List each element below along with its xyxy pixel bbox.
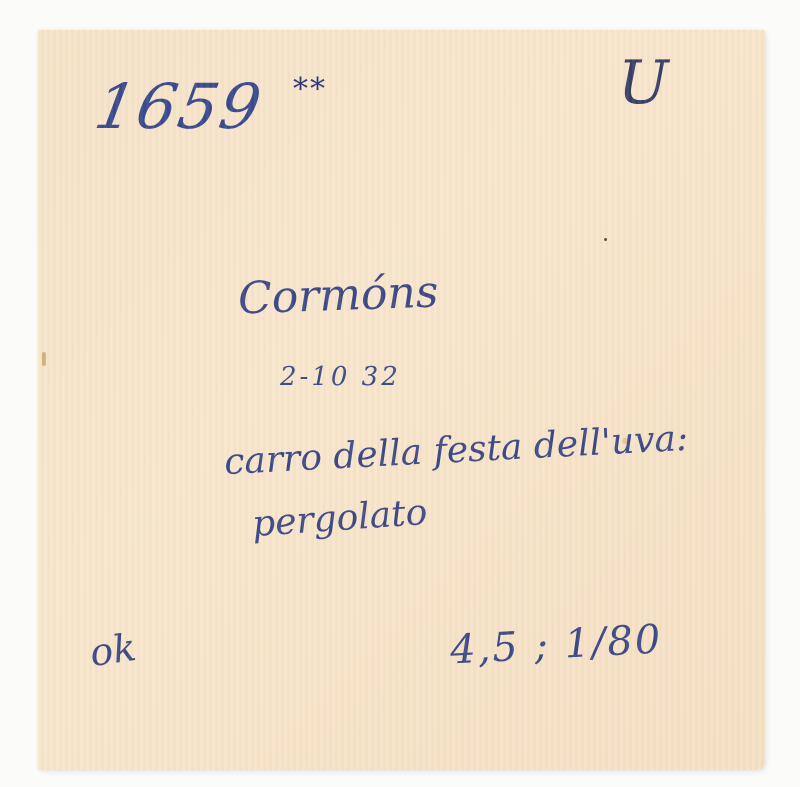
ink-dot	[604, 238, 607, 241]
description-line-1: carro della festa dell'uva:	[223, 418, 689, 483]
date: 2-10 32	[280, 362, 401, 392]
description-line-2: pergolato	[251, 492, 429, 545]
rating-stars: **	[293, 72, 327, 107]
paper-stain	[42, 352, 46, 366]
paper-note: 1659 ** U Cormóns 2-10 32 carro della fe…	[38, 30, 765, 770]
catalog-number: 1659	[90, 70, 269, 143]
exposure-settings: 4,5 ; 1/80	[449, 616, 663, 673]
place-name: Cormóns	[237, 267, 439, 325]
corner-letter-mark: U	[618, 48, 669, 118]
initials-mark: ok	[87, 625, 139, 675]
